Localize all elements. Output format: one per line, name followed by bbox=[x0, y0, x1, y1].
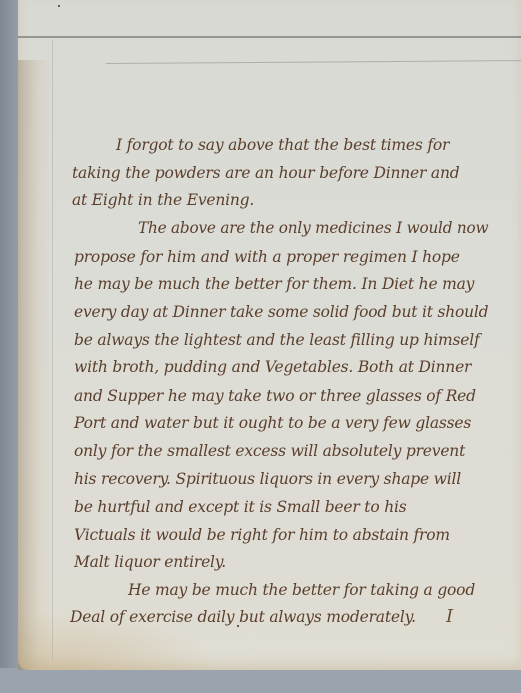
margin-line bbox=[52, 40, 53, 660]
text-line: only for the smallest excess will absolu… bbox=[74, 442, 465, 460]
catchword: I bbox=[446, 606, 453, 627]
text-line: taking the powders are an hour before Di… bbox=[72, 164, 459, 182]
text-line: his recovery. Spirituous liquors in ever… bbox=[74, 470, 461, 488]
text-line: propose for him and with a proper regime… bbox=[74, 248, 460, 266]
text-line: Deal of exercise daily but always modera… bbox=[70, 608, 416, 626]
fold-crease-top bbox=[18, 36, 521, 38]
fold-crease-second bbox=[106, 60, 521, 64]
scan-background-bottom bbox=[0, 668, 521, 693]
ink-speck bbox=[58, 5, 60, 7]
text-line: he may be much the better for them. In D… bbox=[74, 275, 474, 293]
text-line: every day at Dinner take some solid food… bbox=[74, 303, 488, 321]
text-line: be hurtful and except it is Small beer t… bbox=[74, 498, 407, 516]
text-line: Port and water but it ought to be a very… bbox=[74, 414, 471, 432]
edge-stain bbox=[18, 60, 52, 670]
text-line: I forgot to say above that the best time… bbox=[116, 136, 449, 154]
text-line: with broth, pudding and Vegetables. Both… bbox=[74, 358, 471, 376]
text-line: He may be much the better for taking a g… bbox=[128, 581, 475, 599]
text-line: The above are the only medicines I would… bbox=[138, 219, 488, 237]
text-line: and Supper he may take two or three glas… bbox=[74, 387, 476, 405]
manuscript-page: I forgot to say above that the best time… bbox=[18, 0, 521, 670]
text-line: at Eight in the Evening. bbox=[72, 191, 254, 209]
text-line: be always the lightest and the least fil… bbox=[74, 331, 480, 349]
text-line: Malt liquor entirely. bbox=[74, 553, 226, 571]
text-line: Victuals it would be right for him to ab… bbox=[74, 526, 450, 544]
